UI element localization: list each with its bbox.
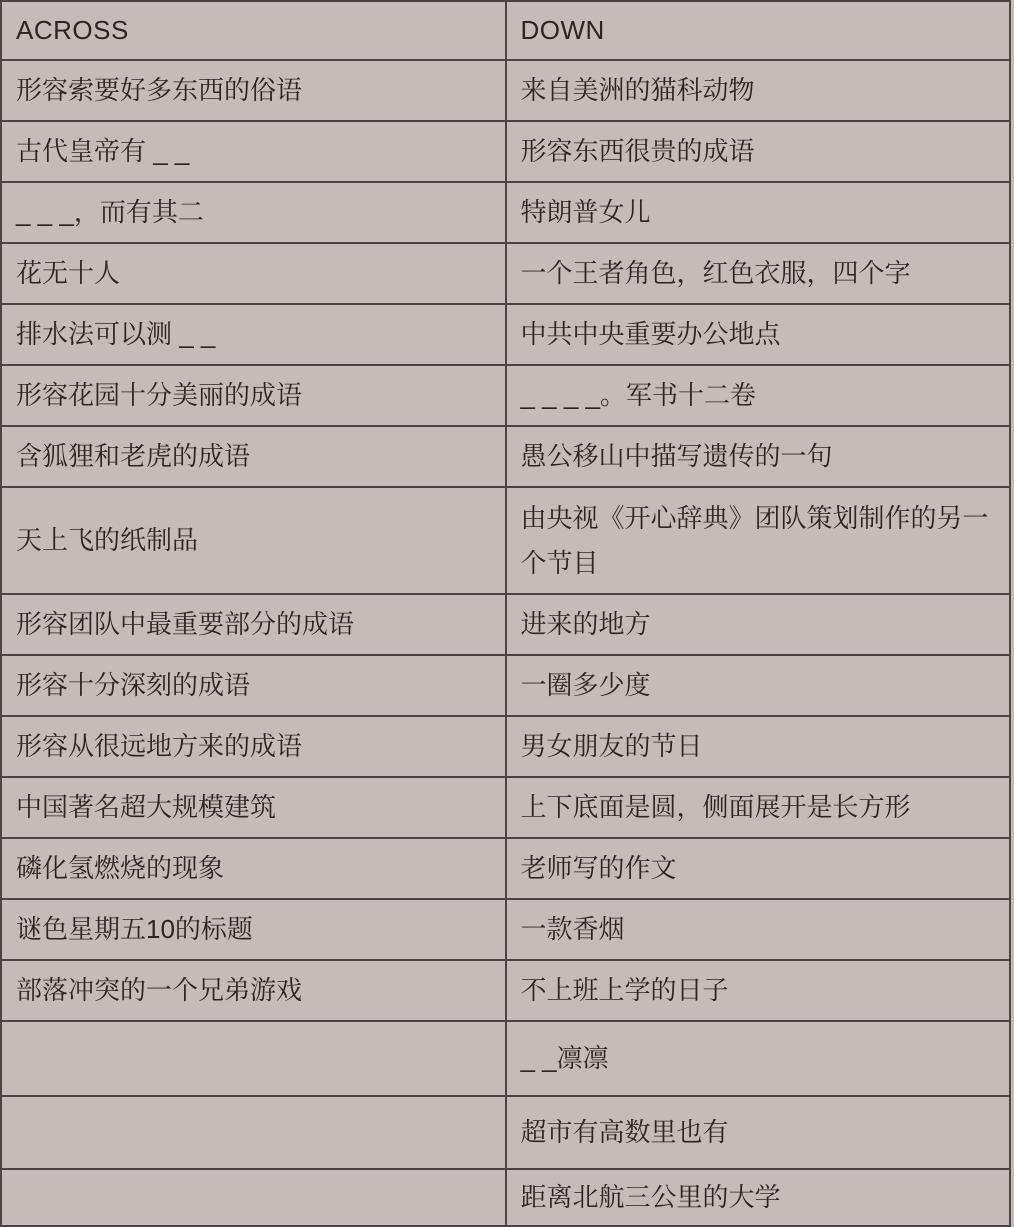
table-row: 形容十分深刻的成语 一圈多少度	[1, 655, 1010, 716]
table-row: 磷化氢燃烧的现象 老师写的作文	[1, 838, 1010, 899]
down-clue-cell: 超市有高数里也有	[506, 1096, 1011, 1169]
across-clue-cell: 含狐狸和老虎的成语	[1, 426, 506, 487]
table-row: _ _ _，而有其二 特朗普女儿	[1, 182, 1010, 243]
down-column-header: DOWN	[506, 1, 1011, 60]
across-clue-cell	[1, 1096, 506, 1169]
table-row: 天上飞的纸制品 由央视《开心辞典》团队策划制作的另一个节目	[1, 487, 1010, 594]
across-clue-cell: 形容从很远地方来的成语	[1, 716, 506, 777]
across-clue-cell	[1, 1169, 506, 1224]
down-clue-cell: 不上班上学的日子	[506, 960, 1011, 1021]
across-clue-cell	[1, 1021, 506, 1096]
table-row: 古代皇帝有 _ _ 形容东西很贵的成语	[1, 121, 1010, 182]
table-row: 花无十人 一个王者角色，红色衣服，四个字	[1, 243, 1010, 304]
down-clue-cell: 男女朋友的节日	[506, 716, 1011, 777]
across-clue-cell: _ _ _，而有其二	[1, 182, 506, 243]
down-clue-cell: 愚公移山中描写遗传的一句	[506, 426, 1011, 487]
across-clue-cell: 形容索要好多东西的俗语	[1, 60, 506, 121]
crossword-clues-table: ACROSS DOWN 形容索要好多东西的俗语 来自美洲的猫科动物 古代皇帝有 …	[0, 0, 1011, 1224]
table-row: _ _凛凛	[1, 1021, 1010, 1096]
down-clue-cell: 形容东西很贵的成语	[506, 121, 1011, 182]
down-clue-cell: 中共中央重要办公地点	[506, 304, 1011, 365]
table-row: 形容索要好多东西的俗语 来自美洲的猫科动物	[1, 60, 1010, 121]
down-clue-cell: _ _凛凛	[506, 1021, 1011, 1096]
across-clue-cell: 谜色星期五10的标题	[1, 899, 506, 960]
down-clue-cell: 由央视《开心辞典》团队策划制作的另一个节目	[506, 487, 1011, 594]
across-clue-cell: 中国著名超大规模建筑	[1, 777, 506, 838]
across-clue-cell: 花无十人	[1, 243, 506, 304]
down-clue-cell: _ _ _ _。军书十二卷	[506, 365, 1011, 426]
down-clue-cell: 一个王者角色，红色衣服，四个字	[506, 243, 1011, 304]
down-clue-cell: 进来的地方	[506, 594, 1011, 655]
down-clue-cell: 一款香烟	[506, 899, 1011, 960]
table-row: 排水法可以测 _ _ 中共中央重要办公地点	[1, 304, 1010, 365]
table-row: 形容从很远地方来的成语 男女朋友的节日	[1, 716, 1010, 777]
table-row: 谜色星期五10的标题 一款香烟	[1, 899, 1010, 960]
table-row: 超市有高数里也有	[1, 1096, 1010, 1169]
across-clue-cell: 天上飞的纸制品	[1, 487, 506, 594]
across-clue-cell: 形容十分深刻的成语	[1, 655, 506, 716]
down-clue-cell: 上下底面是圆，侧面展开是长方形	[506, 777, 1011, 838]
across-clue-cell: 形容花园十分美丽的成语	[1, 365, 506, 426]
table-row: 形容花园十分美丽的成语 _ _ _ _。军书十二卷	[1, 365, 1010, 426]
table-row: 中国著名超大规模建筑 上下底面是圆，侧面展开是长方形	[1, 777, 1010, 838]
down-clue-cell: 一圈多少度	[506, 655, 1011, 716]
table-row: 距离北航三公里的大学	[1, 1169, 1010, 1224]
across-column-header: ACROSS	[1, 1, 506, 60]
across-clue-cell: 磷化氢燃烧的现象	[1, 838, 506, 899]
header-row: ACROSS DOWN	[1, 1, 1010, 60]
across-clue-cell: 古代皇帝有 _ _	[1, 121, 506, 182]
table-row: 部落冲突的一个兄弟游戏 不上班上学的日子	[1, 960, 1010, 1021]
down-clue-cell: 老师写的作文	[506, 838, 1011, 899]
across-clue-cell: 形容团队中最重要部分的成语	[1, 594, 506, 655]
across-clue-cell: 部落冲突的一个兄弟游戏	[1, 960, 506, 1021]
down-clue-cell: 特朗普女儿	[506, 182, 1011, 243]
down-clue-cell: 距离北航三公里的大学	[506, 1169, 1011, 1224]
table-row: 含狐狸和老虎的成语 愚公移山中描写遗传的一句	[1, 426, 1010, 487]
down-clue-cell: 来自美洲的猫科动物	[506, 60, 1011, 121]
across-clue-cell: 排水法可以测 _ _	[1, 304, 506, 365]
table-row: 形容团队中最重要部分的成语 进来的地方	[1, 594, 1010, 655]
